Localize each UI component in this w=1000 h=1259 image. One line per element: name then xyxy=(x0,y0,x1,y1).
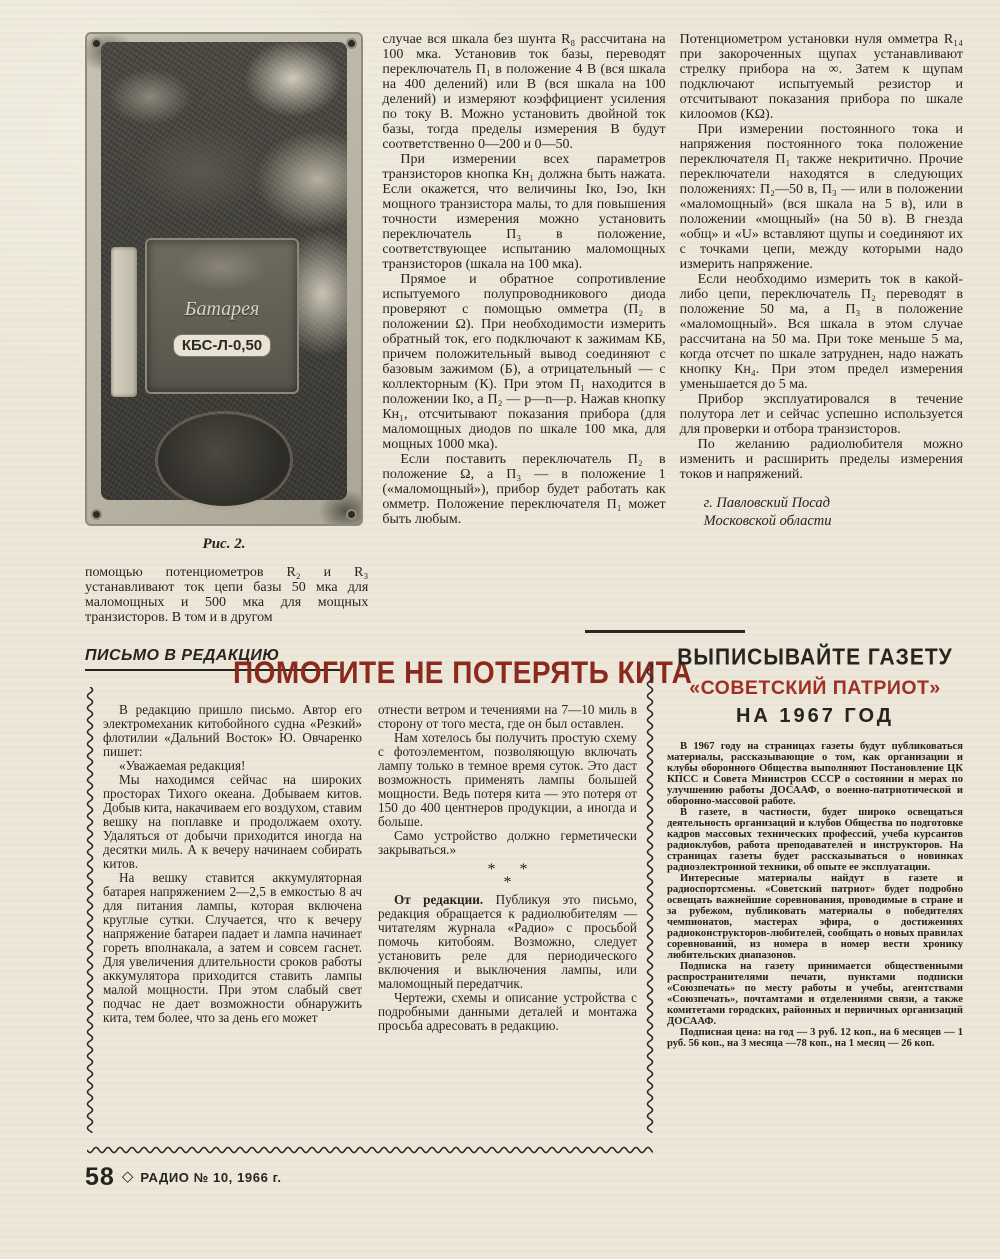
letter-column-1: В редакцию пришло письмо. Автор его элек… xyxy=(103,703,362,1137)
page-content: Батарея КБС-Л-0,50 Рис. 2. помощью потен… xyxy=(85,32,963,1242)
paragraph: Прибор эксплуатировался в течение полуто… xyxy=(680,392,963,437)
figure-photo: Батарея КБС-Л-0,50 xyxy=(85,32,363,526)
article-signature: г. Павловский Посад Московской области xyxy=(704,494,963,530)
paragraph: Мы находимся сейчас на широких просторах… xyxy=(103,773,362,871)
promo-section: ВЫПИСЫВАЙТЕ ГАЗЕТУ «СОВЕТСКИЙ ПАТРИОТ» Н… xyxy=(667,645,963,1149)
paragraph: Чертежи, схемы и описание устройства с п… xyxy=(378,991,637,1033)
paragraph: помощью потенциометров R₂ и R₃ устанавли… xyxy=(85,565,368,625)
paragraph: По желанию радиолюбителя можно изменить … xyxy=(680,437,963,482)
wavy-border-right xyxy=(645,663,655,1133)
promo-body: В 1967 году на страницах газеты будут пу… xyxy=(667,741,963,1049)
screw-icon xyxy=(348,511,355,518)
device-component xyxy=(111,247,137,397)
bottom-section: ПИСЬМО В РЕДАКЦИЮ ПОМОГИТЕ НЕ ПОТЕРЯТЬ К… xyxy=(85,645,963,1149)
promo-paragraph: В 1967 году на страницах газеты будут пу… xyxy=(667,741,963,807)
promo-paragraph: Интересные материалы найдут в газете и р… xyxy=(667,873,963,961)
paragraph: Прямое и обратное сопротивление испытуем… xyxy=(382,272,665,452)
asterisk-row: * xyxy=(378,876,637,889)
magazine-page: Батарея КБС-Л-0,50 Рис. 2. помощью потен… xyxy=(0,0,1000,1259)
wavy-border-bottom xyxy=(87,1145,653,1155)
figure-2: Батарея КБС-Л-0,50 Рис. 2. xyxy=(85,32,363,553)
editor-note: От редакции. Публикуя это письмо, редакц… xyxy=(378,893,637,991)
paragraph: Если необходимо измерить ток в какой-либ… xyxy=(680,272,963,392)
letter-header: ПИСЬМО В РЕДАКЦИЮ ПОМОГИТЕ НЕ ПОТЕРЯТЬ К… xyxy=(85,645,655,691)
paragraph: При измерении всех параметров транзистор… xyxy=(382,152,665,272)
promo-paragraph: В газете, в частности, будет широко осве… xyxy=(667,807,963,873)
letter-column-2: отнести ветром и течениями на 7—10 миль … xyxy=(378,703,637,1137)
asterisk-separator: * * * xyxy=(378,863,637,889)
paragraph: отнести ветром и течениями на 7—10 миль … xyxy=(378,703,637,731)
editor-note-lead: От редакции. xyxy=(394,892,483,907)
screw-icon xyxy=(93,40,100,47)
signature-city: г. Павловский Посад xyxy=(704,494,963,512)
paragraph: В редакцию пришло письмо. Автор его элек… xyxy=(103,703,362,759)
screw-icon xyxy=(93,511,100,518)
editor-note-text: Публикуя это письмо, редакция обращается… xyxy=(378,892,637,991)
wavy-border-left xyxy=(85,687,95,1133)
paragraph: Нам хотелось бы получить простую схему с… xyxy=(378,731,637,829)
letter-section: ПИСЬМО В РЕДАКЦИЮ ПОМОГИТЕ НЕ ПОТЕРЯТЬ К… xyxy=(85,645,655,1149)
promo-paragraph: Подписная цена: на год — 3 руб. 12 коп.,… xyxy=(667,1027,963,1049)
page-number: 58 xyxy=(85,1163,115,1192)
paragraph: Потенциометром установки нуля омметра R₁… xyxy=(680,32,963,122)
paragraph: При измерении постоянного тока и напряже… xyxy=(680,122,963,272)
battery-block: Батарея КБС-Л-0,50 xyxy=(147,240,297,392)
screw-icon xyxy=(348,40,355,47)
promo-title-line1: ВЫПИСЫВАЙТЕ ГАЗЕТУ xyxy=(667,645,963,671)
promo-title-line3: НА 1967 ГОД xyxy=(667,705,963,728)
figure-caption: Рис. 2. xyxy=(85,536,363,553)
article-end-rule xyxy=(585,630,745,633)
article-column-3: Потенциометром установки нуля омметра R₁… xyxy=(680,32,963,625)
paragraph: случае вся шкала без шунта R₈ рассчитана… xyxy=(382,32,665,152)
diamond-icon: ◇ xyxy=(122,1170,134,1185)
issue-label: РАДИО № 10, 1966 г. xyxy=(140,1170,281,1185)
battery-word: Батарея xyxy=(147,298,297,321)
promo-title: ВЫПИСЫВАЙТЕ ГАЗЕТУ «СОВЕТСКИЙ ПАТРИОТ» Н… xyxy=(667,645,963,728)
signature-region: Московской области xyxy=(704,512,963,530)
letter-box: В редакцию пришло письмо. Автор его элек… xyxy=(85,691,655,1149)
promo-title-line2: «СОВЕТСКИЙ ПАТРИОТ» xyxy=(667,677,963,700)
article-column-1: Батарея КБС-Л-0,50 Рис. 2. помощью потен… xyxy=(85,32,368,625)
page-footer: 58 ◇ РАДИО № 10, 1966 г. xyxy=(85,1163,282,1192)
paragraph: «Уважаемая редакция! xyxy=(103,759,362,773)
paragraph: На вешку ставится аккумуляторная батарея… xyxy=(103,871,362,1025)
battery-label: КБС-Л-0,50 xyxy=(174,335,270,356)
letter-headline: ПОМОГИТЕ НЕ ПОТЕРЯТЬ КИТА xyxy=(233,655,655,691)
article-column-2: случае вся шкала без шунта R₈ рассчитана… xyxy=(382,32,665,625)
paragraph: Если поставить переключатель П₂ в положе… xyxy=(382,452,665,527)
article-top-section: Батарея КБС-Л-0,50 Рис. 2. помощью потен… xyxy=(85,32,963,625)
promo-paragraph: Подписка на газету принимается обществен… xyxy=(667,961,963,1027)
meter-disc xyxy=(158,414,290,506)
paragraph: Само устройство должно герметически закр… xyxy=(378,829,637,857)
